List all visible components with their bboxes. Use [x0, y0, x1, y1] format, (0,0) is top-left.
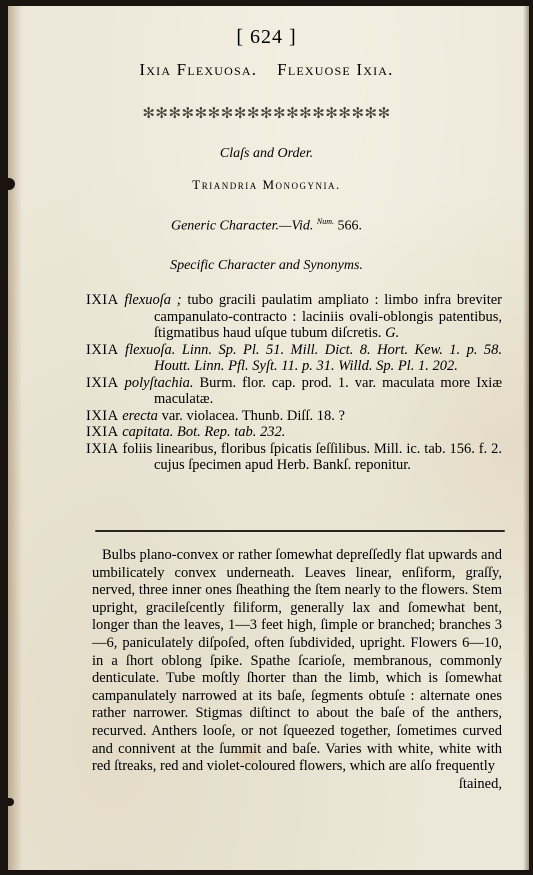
- synonym-entry: IXIA flexuoſa. Linn. Sp. Pl. 51. Mill. D…: [86, 342, 502, 375]
- synonym-genus: IXIA: [86, 424, 119, 440]
- synonym-text: Bot. Rep. tab. 232.: [173, 424, 285, 440]
- synonym-entry: IXIA flexuoſa ; tubo gracili paulatim am…: [86, 292, 502, 342]
- description-paragraph: Bulbs plano-convex or rather ſomewhat de…: [92, 547, 502, 776]
- synonym-species: polyſtachia.: [125, 375, 194, 391]
- generic-heading-text: Generic Character.—Vid.: [171, 219, 317, 234]
- synonym-text: Burm. flor. cap. prod. 1. var. maculata …: [154, 375, 502, 408]
- synonym-list: IXIA flexuoſa ; tubo gracili paulatim am…: [86, 292, 502, 474]
- synonym-text: var. violacea. Thunb. Diſſ. 18. ?: [158, 408, 345, 424]
- ornament-star-row: ✻✻✻✻✻✻✻✻✻✻✻✻✻✻✻✻✻✻✻: [0, 104, 533, 123]
- title-latin: Ixia Flexuosa.: [139, 60, 257, 79]
- synonym-entry: IXIA capitata. Bot. Rep. tab. 232.: [86, 424, 502, 441]
- synonym-genus: IXIA: [86, 441, 119, 457]
- section-divider-rule: [95, 530, 505, 532]
- synonym-genus: IXIA: [86, 292, 119, 308]
- synonym-entry: IXIA erecta var. violacea. Thunb. Diſſ. …: [86, 408, 502, 425]
- synonym-text: tubo gracili paulatim ampliato : limbo i…: [154, 292, 502, 341]
- synonym-species: flexuoſa.: [125, 342, 175, 358]
- generic-num-value: 566.: [334, 219, 362, 234]
- title-english: Flexuose Ixia.: [277, 60, 393, 79]
- synonym-entry: IXIA polyſtachia. Burm. flor. cap. prod.…: [86, 375, 502, 408]
- synonym-species: capitata.: [122, 424, 173, 440]
- synonym-text: foliis linearibus, floribus ſpicatis ſeſ…: [119, 441, 502, 474]
- page-edge-shadow-right: [523, 6, 529, 870]
- synonym-author: G.: [385, 325, 399, 341]
- class-order-heading: Claſs and Order.: [0, 146, 533, 162]
- catchword: ſtained,: [92, 776, 502, 794]
- page-number: [ 624 ]: [0, 26, 533, 49]
- synonym-species: flexuoſa ;: [124, 292, 181, 308]
- page-title: Ixia Flexuosa.Flexuose Ixia.: [0, 60, 533, 80]
- specific-character-heading: Specific Character and Synonyms.: [0, 258, 533, 274]
- synonym-text: Linn. Sp. Pl. 51. Mill. Dict. 8. Hort. K…: [154, 342, 502, 375]
- generic-num-label: Num.: [317, 217, 334, 226]
- synonym-entry: IXIA foliis linearibus, floribus ſpicati…: [86, 441, 502, 474]
- class-order-value: Triandria Monogynia.: [0, 177, 533, 193]
- description-body: Bulbs plano-convex or rather ſomewhat de…: [92, 547, 502, 793]
- synonym-genus: IXIA: [86, 342, 119, 358]
- synonym-genus: IXIA: [86, 375, 119, 391]
- synonym-genus: IXIA: [86, 408, 119, 424]
- generic-character-heading: Generic Character.—Vid. Num. 566.: [0, 217, 533, 235]
- synonym-species: erecta: [122, 408, 158, 424]
- page-edge-shadow-left: [8, 6, 22, 870]
